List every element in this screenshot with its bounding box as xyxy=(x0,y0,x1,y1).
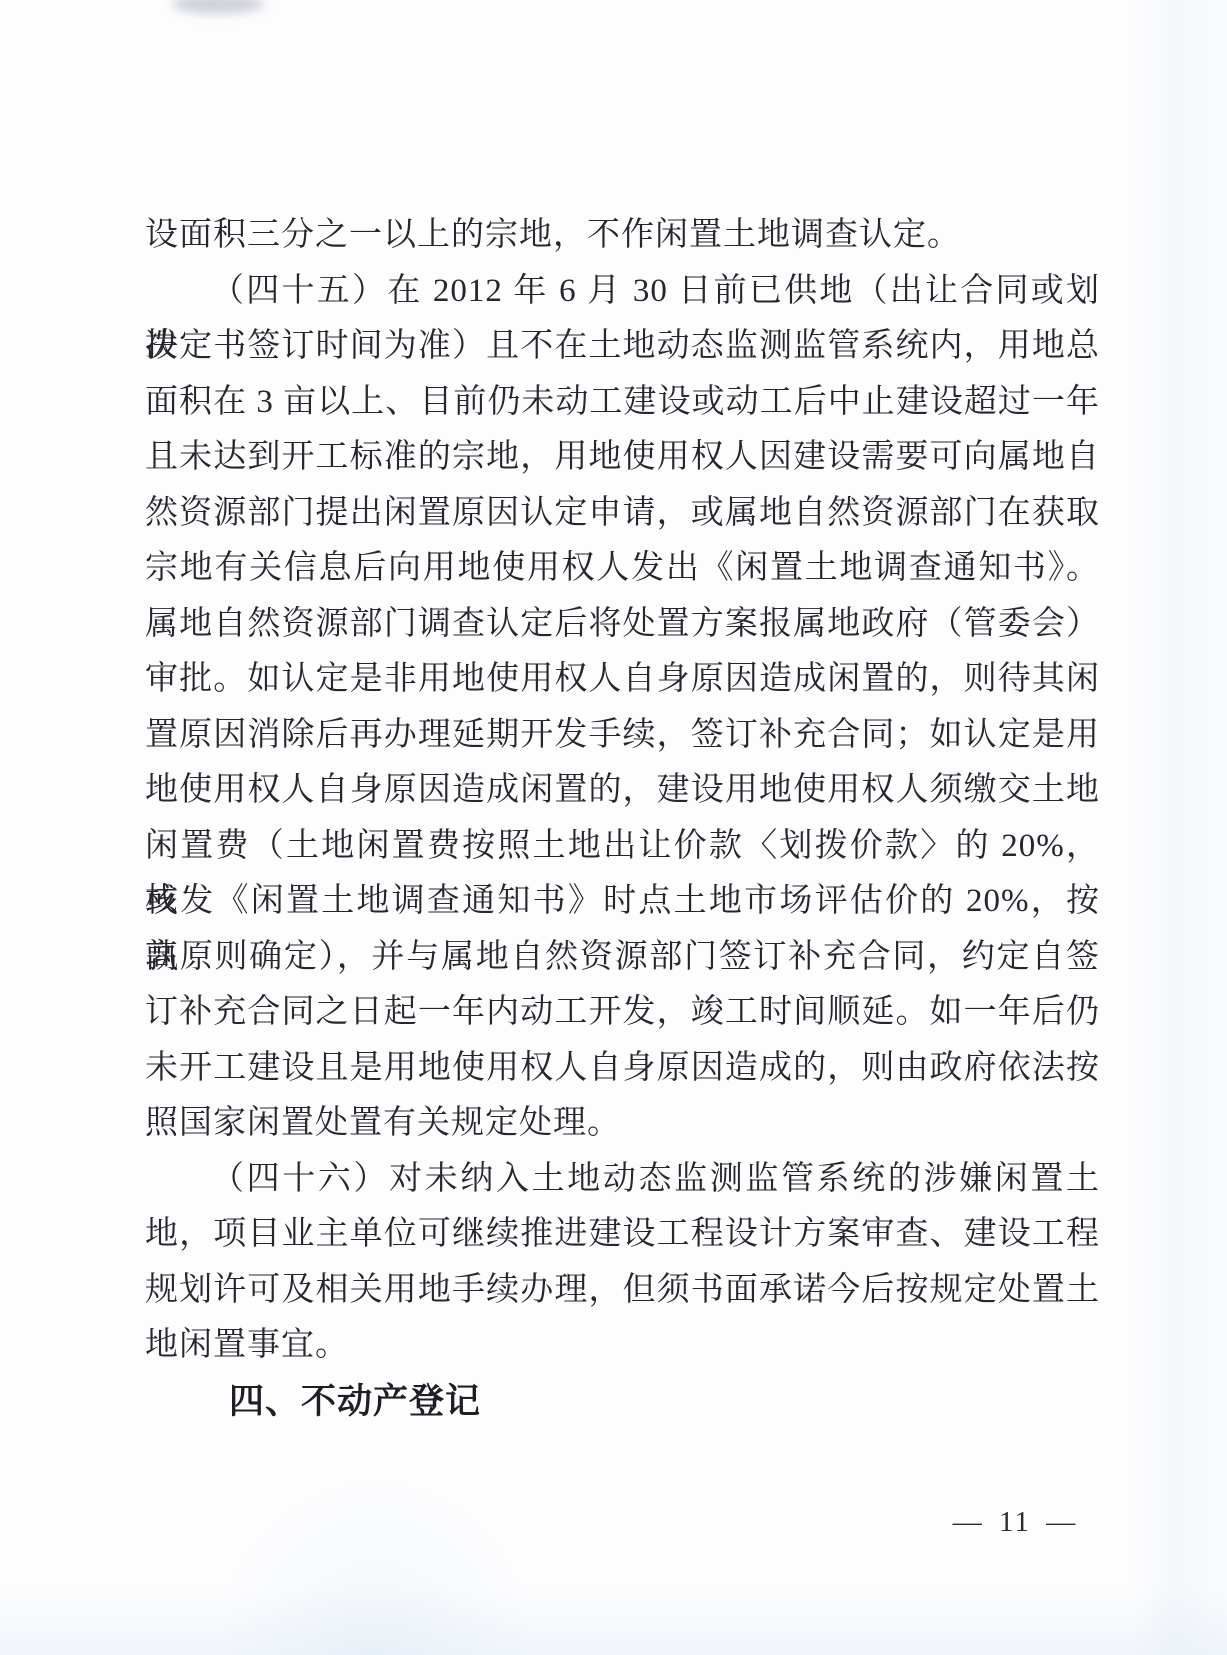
text-line: 未开工建设且是用地使用权人自身原因造成的，则由政府依法按 xyxy=(145,1041,1100,1097)
text-line: 地，项目业主单位可继续推进建设工程设计方案审查、建设工程 xyxy=(145,1207,1100,1263)
text-line: 然资源部门提出闲置原因认定申请，或属地自然资源部门在获取 xyxy=(145,486,1100,542)
document-page: 设面积三分之一以上的宗地，不作闲置土地调查认定。（四十五）在 2012 年 6 … xyxy=(0,0,1227,1655)
text-line: 地使用权人自身原因造成闲置的，建设用地使用权人须缴交土地 xyxy=(145,763,1100,819)
text-line: （四十五）在 2012 年 6 月 30 日前已供地（出让合同或划拨 xyxy=(145,264,1100,320)
text-line: 核发《闲置土地调查通知书》时点土地市场评估价的 20%，按孰 xyxy=(145,874,1100,930)
text-line: 订补充合同之日起一年内动工开发，竣工时间顺延。如一年后仍 xyxy=(145,985,1100,1041)
text-line: 且未达到开工标准的宗地，用地使用权人因建设需要可向属地自 xyxy=(145,430,1100,486)
section-heading: 四、不动产登记 xyxy=(145,1374,1100,1430)
scan-tint-bottom xyxy=(0,1585,1227,1655)
text-line: 照国家闲置处置有关规定处理。 xyxy=(145,1096,1100,1152)
text-line: 决定书签订时间为准）且不在土地动态监测监管系统内，用地总 xyxy=(145,319,1100,375)
document-text-block: 设面积三分之一以上的宗地，不作闲置土地调查认定。（四十五）在 2012 年 6 … xyxy=(145,208,1100,1429)
text-line: 闲置费（土地闲置费按照土地出让价款〈划拨价款〉的 20%，或 xyxy=(145,819,1100,875)
scan-tint-bottom-left xyxy=(210,1475,540,1655)
text-line: 地闲置事宜。 xyxy=(145,1318,1100,1374)
text-line: 属地自然资源部门调查认定后将处置方案报属地政府（管委会） xyxy=(145,597,1100,653)
scan-smudge-top xyxy=(172,0,264,14)
text-line: 宗地有关信息后向用地使用权人发出《闲置土地调查通知书》。 xyxy=(145,541,1100,597)
text-line: 设面积三分之一以上的宗地，不作闲置土地调查认定。 xyxy=(145,208,1100,264)
text-line: 规划许可及相关用地手续办理，但须书面承诺今后按规定处置土 xyxy=(145,1263,1100,1319)
text-line: 面积在 3 亩以上、目前仍未动工建设或动工后中止建设超过一年 xyxy=(145,375,1100,431)
text-line: 审批。如认定是非用地使用权人自身原因造成闲置的，则待其闲 xyxy=(145,652,1100,708)
scan-tint-right xyxy=(1132,0,1227,1655)
page-number: — 11 — xyxy=(930,1506,1100,1539)
text-line: （四十六）对未纳入土地动态监测监管系统的涉嫌闲置土 xyxy=(145,1152,1100,1208)
text-line: 高原则确定），并与属地自然资源部门签订补充合同，约定自签 xyxy=(145,930,1100,986)
text-line: 置原因消除后再办理延期开发手续，签订补充合同；如认定是用 xyxy=(145,708,1100,764)
